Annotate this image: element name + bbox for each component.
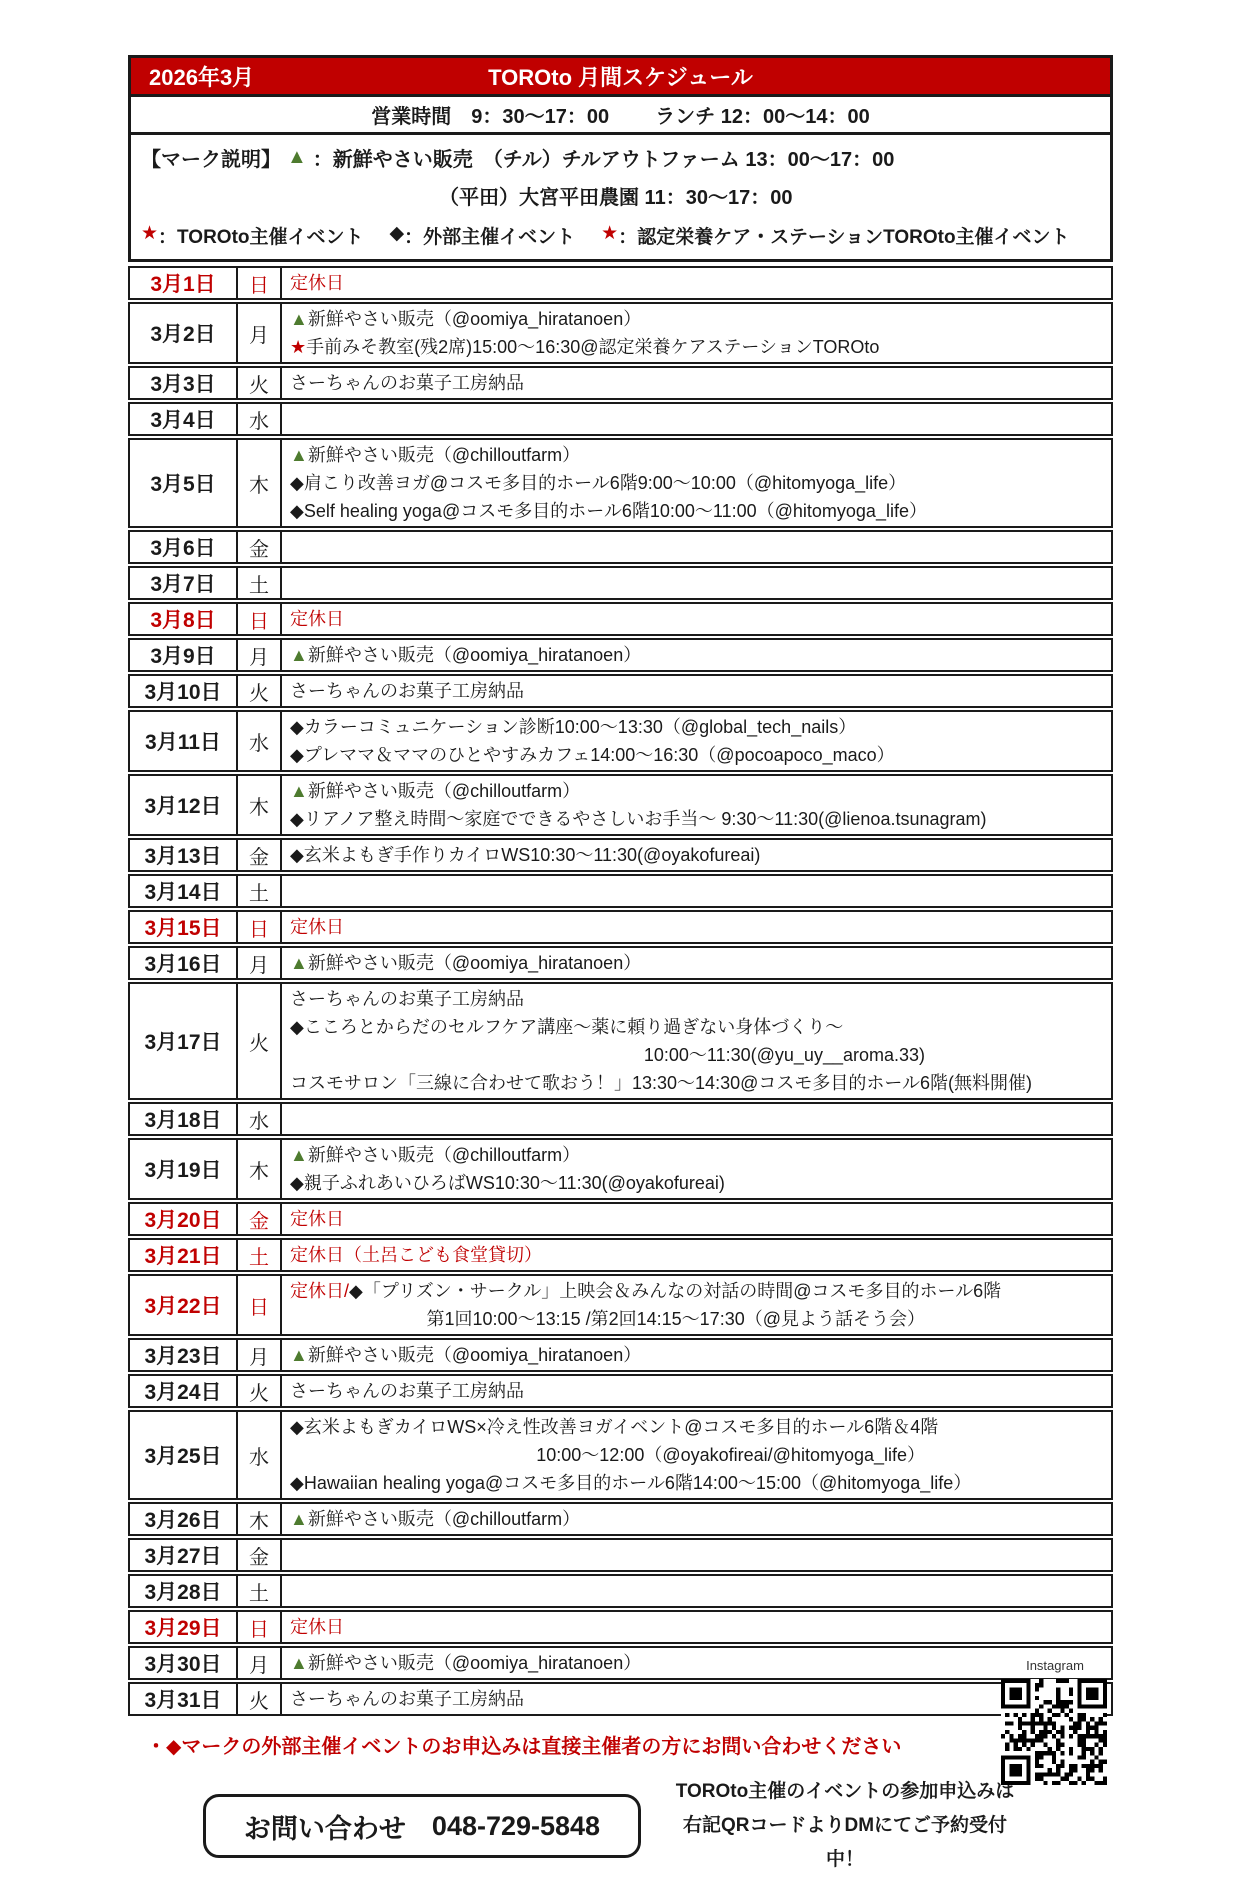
events-cell: ▲新鮮やさい販売（@oomiya_hiratanoen） — [282, 1340, 1111, 1370]
legend-line-1: 【マーク説明】 ▲ ：新鮮やさい販売 （チル）チルアウトファーム 13：00～1… — [141, 143, 1100, 172]
event-line: 定休日（土呂こども食堂貸切） — [290, 1241, 1103, 1269]
booking-line-1: TOROto主催のイベントの参加申込みは — [675, 1775, 1015, 1809]
event-line — [290, 533, 1103, 561]
table-row: 3月3日火さーちゃんのお菓子工房納品 — [128, 366, 1113, 400]
events-cell: ▲新鮮やさい販売（@chilloutfarm）◆肩こり改善ヨガ@コスモ多目的ホー… — [282, 440, 1111, 526]
vegetable-triangle-icon: ▲ — [290, 1653, 308, 1673]
table-row: 3月25日水◆玄米よもぎカイロWS×冷え性改善ヨガイベント@コスモ多目的ホール6… — [128, 1410, 1113, 1500]
weekday-cell: 月 — [238, 1648, 282, 1678]
date-cell: 3月23日 — [130, 1340, 238, 1370]
event-text: 第1回10:00～13:15 /第2回14:15～17:30（@見よう話そう会） — [427, 1309, 925, 1329]
event-line — [290, 1577, 1103, 1605]
table-row: 3月1日日定休日 — [128, 266, 1113, 300]
event-text: さーちゃんのお菓子工房納品 — [290, 373, 524, 393]
booking-line-2: 右記QRコードよりDMにてご予約受付中！ — [675, 1809, 1015, 1877]
date-cell: 3月22日 — [130, 1276, 238, 1334]
events-cell: ◆カラーコミュニケーション診断10:00～13:30（@global_tech_… — [282, 712, 1111, 770]
weekday-cell: 水 — [238, 712, 282, 770]
event-text: 手前みそ教室(残2席)15:00～16:30@認定栄養ケアステーションTOROt… — [306, 337, 879, 357]
schedule-sheet: 2026年3月 TOROto 月間スケジュール 営業時間 9：30～17：00 … — [128, 55, 1113, 1877]
event-line: 定休日 — [290, 913, 1103, 941]
event-text: 新鮮やさい販売（@oomiya_hiratanoen） — [308, 953, 641, 973]
event-line: 定休日 — [290, 1613, 1103, 1641]
event-text: さーちゃんのお菓子工房納品 — [290, 989, 524, 1009]
event-text: 定休日/ — [290, 1281, 349, 1301]
event-text: さーちゃんのお菓子工房納品 — [290, 1381, 524, 1401]
events-cell — [282, 1576, 1111, 1606]
weekday-cell: 水 — [238, 404, 282, 434]
legend-line-2: （平田）大宮平田農園 11：30～17：00 — [141, 181, 1100, 210]
date-cell: 3月31日 — [130, 1684, 238, 1714]
date-cell: 3月14日 — [130, 876, 238, 906]
events-cell: さーちゃんのお菓子工房納品◆こころとからだのセルフケア講座～薬に頼り過ぎない身体… — [282, 984, 1111, 1098]
weekday-cell: 金 — [238, 532, 282, 562]
event-text: ◆Self healing yoga@コスモ多目的ホール6階10:00～11:0… — [290, 501, 927, 521]
table-row: 3月13日金◆玄米よもぎ手作りカイロWS10:30～11:30(@oyakofu… — [128, 838, 1113, 872]
date-cell: 3月25日 — [130, 1412, 238, 1498]
event-text: 10:00～12:00（@oyakofireai/@hitomyoga_life… — [536, 1445, 925, 1465]
date-cell: 3月27日 — [130, 1540, 238, 1570]
lunch-text: ランチ 12：00～14：00 — [655, 100, 870, 129]
event-line — [290, 405, 1103, 433]
events-cell: さーちゃんのお菓子工房納品 — [282, 676, 1111, 706]
legend-triangle-text: ：新鮮やさい販売 （チル）チルアウトファーム 13：00～17：00 — [313, 143, 895, 172]
date-cell: 3月6日 — [130, 532, 238, 562]
event-text: ◆玄米よもぎ手作りカイロWS10:30～11:30(@oyakofureai) — [290, 845, 760, 865]
weekday-cell: 月 — [238, 640, 282, 670]
legend-box: 【マーク説明】 ▲ ：新鮮やさい販売 （チル）チルアウトファーム 13：00～1… — [128, 135, 1113, 262]
legend-external-event: ◆：外部主催イベント — [390, 222, 576, 249]
events-cell: 定休日 — [282, 268, 1111, 298]
weekday-cell: 日 — [238, 1612, 282, 1642]
star-icon: ★ — [601, 222, 618, 249]
contact-label: お問い合わせ — [244, 1807, 406, 1846]
event-text: ◆肩こり改善ヨガ@コスモ多目的ホール6階9:00～10:00（@hitomyog… — [290, 473, 906, 493]
date-cell: 3月5日 — [130, 440, 238, 526]
vegetable-triangle-icon: ▲ — [290, 1345, 308, 1365]
external-event-note: ・◆マークの外部主催イベントのお申込みは直接主催者の方にお問い合わせください — [146, 1730, 1113, 1759]
table-row: 3月28日土 — [128, 1574, 1113, 1608]
weekday-cell: 金 — [238, 840, 282, 870]
footer-row: お問い合わせ 048-729-5848 TOROto主催のイベントの参加申込みは… — [203, 1775, 1113, 1877]
table-row: 3月26日木▲新鮮やさい販売（@chilloutfarm） — [128, 1502, 1113, 1536]
table-row: 3月10日火さーちゃんのお菓子工房納品 — [128, 674, 1113, 708]
event-line — [290, 877, 1103, 905]
business-hours-bar: 営業時間 9：30～17：00 ランチ 12：00～14：00 — [128, 97, 1113, 135]
vegetable-triangle-icon: ▲ — [290, 1145, 308, 1165]
event-text: 定休日 — [290, 917, 344, 937]
weekday-cell: 火 — [238, 984, 282, 1098]
events-cell: ◆玄米よもぎカイロWS×冷え性改善ヨガイベント@コスモ多目的ホール6階＆4階10… — [282, 1412, 1111, 1498]
weekday-cell: 火 — [238, 1376, 282, 1406]
weekday-cell: 火 — [238, 676, 282, 706]
event-line: ★手前みそ教室(残2席)15:00～16:30@認定栄養ケアステーションTORO… — [290, 333, 1103, 361]
event-line: 定休日 — [290, 1205, 1103, 1233]
event-text: 新鮮やさい販売（@chilloutfarm） — [308, 445, 580, 465]
schedule-page: { "header": { "month": "2026年3月", "title… — [0, 0, 1241, 1755]
event-text: 新鮮やさい販売（@chilloutfarm） — [308, 781, 580, 801]
events-cell: さーちゃんのお菓子工房納品 — [282, 1684, 1111, 1714]
event-line: ◆親子ふれあいひろばWS10:30～11:30(@oyakofureai) — [290, 1169, 1103, 1197]
event-line: さーちゃんのお菓子工房納品 — [290, 369, 1103, 397]
table-row: 3月29日日定休日 — [128, 1610, 1113, 1644]
events-cell: さーちゃんのお菓子工房納品 — [282, 368, 1111, 398]
events-cell: ▲新鮮やさい販売（@chilloutfarm）◆親子ふれあいひろばWS10:30… — [282, 1140, 1111, 1198]
weekday-cell: 金 — [238, 1540, 282, 1570]
events-cell: ▲新鮮やさい販売（@oomiya_hiratanoen）★手前みそ教室(残2席)… — [282, 304, 1111, 362]
events-cell — [282, 1104, 1111, 1134]
weekday-cell: 土 — [238, 876, 282, 906]
title-bar: 2026年3月 TOROto 月間スケジュール — [128, 55, 1113, 97]
events-cell: ▲新鮮やさい販売（@chilloutfarm）◆リアノア整え時間～家庭でできるや… — [282, 776, 1111, 834]
event-line: ▲新鮮やさい販売（@oomiya_hiratanoen） — [290, 1341, 1103, 1369]
table-row: 3月16日月▲新鮮やさい販売（@oomiya_hiratanoen） — [128, 946, 1113, 980]
event-text: ◆「プリズン・サークル」上映会＆みんなの対話の時間@コスモ多目的ホール6階 — [349, 1281, 1001, 1301]
table-row: 3月30日月▲新鮮やさい販売（@oomiya_hiratanoen） — [128, 1646, 1113, 1680]
event-line: 10:00～12:00（@oyakofireai/@hitomyoga_life… — [290, 1441, 1103, 1469]
instagram-qr-block: Instagram — [1001, 1658, 1109, 1787]
date-cell: 3月4日 — [130, 404, 238, 434]
date-cell: 3月18日 — [130, 1104, 238, 1134]
event-line: さーちゃんのお菓子工房納品 — [290, 1685, 1103, 1713]
event-text: 10:00～11:30(@yu_uy__aroma.33) — [644, 1045, 925, 1065]
event-line: ◆リアノア整え時間～家庭でできるやさしいお手当～ 9:30～11:30(@lie… — [290, 805, 1103, 833]
date-cell: 3月7日 — [130, 568, 238, 598]
event-line: ▲新鮮やさい販売（@chilloutfarm） — [290, 441, 1103, 469]
event-line: 10:00～11:30(@yu_uy__aroma.33) — [290, 1041, 1103, 1069]
event-line: ◆Self healing yoga@コスモ多目的ホール6階10:00～11:0… — [290, 497, 1103, 525]
table-row: 3月15日日定休日 — [128, 910, 1113, 944]
vegetable-triangle-icon: ▲ — [290, 1509, 308, 1529]
event-text: 新鮮やさい販売（@oomiya_hiratanoen） — [308, 309, 641, 329]
table-row: 3月2日月▲新鮮やさい販売（@oomiya_hiratanoen）★手前みそ教室… — [128, 302, 1113, 364]
event-line: ◆玄米よもぎカイロWS×冷え性改善ヨガイベント@コスモ多目的ホール6階＆4階 — [290, 1413, 1103, 1441]
date-cell: 3月24日 — [130, 1376, 238, 1406]
events-cell: ▲新鮮やさい販売（@oomiya_hiratanoen） — [282, 640, 1111, 670]
events-cell — [282, 404, 1111, 434]
date-cell: 3月26日 — [130, 1504, 238, 1534]
vegetable-triangle-icon: ▲ — [290, 953, 308, 973]
event-line: ◆Hawaiian healing yoga@コスモ多目的ホール6階14:00～… — [290, 1469, 1103, 1497]
events-cell — [282, 1540, 1111, 1570]
table-row: 3月19日木▲新鮮やさい販売（@chilloutfarm）◆親子ふれあいひろばW… — [128, 1138, 1113, 1200]
table-row: 3月8日日定休日 — [128, 602, 1113, 636]
legend-prefix: 【マーク説明】 — [141, 143, 281, 172]
vegetable-triangle-icon: ▲ — [290, 781, 308, 801]
table-row: 3月20日金定休日 — [128, 1202, 1113, 1236]
event-line: ◆玄米よもぎ手作りカイロWS10:30～11:30(@oyakofureai) — [290, 841, 1103, 869]
star-icon: ★ — [141, 222, 158, 249]
weekday-cell: 月 — [238, 1340, 282, 1370]
event-line: さーちゃんのお菓子工房納品 — [290, 985, 1103, 1013]
date-cell: 3月1日 — [130, 268, 238, 298]
legend-line-3: ★：TOROto主催イベント ◆：外部主催イベント ★：認定栄養ケア・ステーショ… — [141, 222, 1100, 249]
events-cell: ▲新鮮やさい販売（@oomiya_hiratanoen） — [282, 1648, 1111, 1678]
weekday-cell: 木 — [238, 1504, 282, 1534]
vegetable-triangle-icon: ▲ — [290, 445, 308, 465]
event-line: ▲新鮮やさい販売（@oomiya_hiratanoen） — [290, 1649, 1103, 1677]
event-line: ▲新鮮やさい販売（@oomiya_hiratanoen） — [290, 949, 1103, 977]
weekday-cell: 月 — [238, 304, 282, 362]
event-line: 第1回10:00～13:15 /第2回14:15～17:30（@見よう話そう会） — [290, 1305, 1103, 1333]
event-text: ◆カラーコミュニケーション診断10:00～13:30（@global_tech_… — [290, 717, 856, 737]
event-text: ◆こころとからだのセルフケア講座～薬に頼り過ぎない身体づくり～ — [290, 1017, 843, 1037]
table-row: 3月9日月▲新鮮やさい販売（@oomiya_hiratanoen） — [128, 638, 1113, 672]
vegetable-triangle-icon: ▲ — [287, 146, 307, 169]
table-row: 3月23日月▲新鮮やさい販売（@oomiya_hiratanoen） — [128, 1338, 1113, 1372]
weekday-cell: 火 — [238, 1684, 282, 1714]
event-text: コスモサロン「三線に合わせて歌おう！」13:30～14:30@コスモ多目的ホール… — [290, 1073, 1032, 1093]
date-cell: 3月21日 — [130, 1240, 238, 1270]
event-line: ▲新鮮やさい販売（@chilloutfarm） — [290, 1505, 1103, 1533]
date-cell: 3月10日 — [130, 676, 238, 706]
event-text: 定休日（土呂こども食堂貸切） — [290, 1245, 542, 1265]
date-cell: 3月11日 — [130, 712, 238, 770]
events-cell — [282, 876, 1111, 906]
event-text: 定休日 — [290, 1617, 344, 1637]
hours-text: 営業時間 9：30～17：00 — [371, 100, 609, 129]
table-row: 3月4日水 — [128, 402, 1113, 436]
instagram-caption: Instagram — [1001, 1658, 1109, 1673]
weekday-cell: 日 — [238, 604, 282, 634]
event-line: 定休日 — [290, 269, 1103, 297]
star-icon: ★ — [290, 337, 306, 357]
events-cell: ▲新鮮やさい販売（@oomiya_hiratanoen） — [282, 948, 1111, 978]
date-cell: 3月20日 — [130, 1204, 238, 1234]
weekday-cell: 日 — [238, 912, 282, 942]
event-text: 定休日 — [290, 273, 344, 293]
event-line: コスモサロン「三線に合わせて歌おう！」13:30～14:30@コスモ多目的ホール… — [290, 1069, 1103, 1097]
table-row: 3月7日土 — [128, 566, 1113, 600]
diamond-icon: ◆ — [390, 222, 405, 249]
event-line: さーちゃんのお菓子工房納品 — [290, 677, 1103, 705]
phone-number: 048-729-5848 — [432, 1811, 600, 1842]
weekday-cell: 水 — [238, 1412, 282, 1498]
event-line: ▲新鮮やさい販売（@chilloutfarm） — [290, 777, 1103, 805]
date-cell: 3月19日 — [130, 1140, 238, 1198]
events-cell: 定休日/◆「プリズン・サークル」上映会＆みんなの対話の時間@コスモ多目的ホール6… — [282, 1276, 1111, 1334]
event-text: ◆玄米よもぎカイロWS×冷え性改善ヨガイベント@コスモ多目的ホール6階＆4階 — [290, 1417, 938, 1437]
event-line: ▲新鮮やさい販売（@chilloutfarm） — [290, 1141, 1103, 1169]
events-cell — [282, 532, 1111, 562]
events-cell: 定休日（土呂こども食堂貸切） — [282, 1240, 1111, 1270]
date-cell: 3月3日 — [130, 368, 238, 398]
footer: ・◆マークの外部主催イベントのお申込みは直接主催者の方にお問い合わせください お… — [128, 1730, 1113, 1877]
event-text: 新鮮やさい販売（@chilloutfarm） — [308, 1145, 580, 1165]
event-line: 定休日/◆「プリズン・サークル」上映会＆みんなの対話の時間@コスモ多目的ホール6… — [290, 1277, 1103, 1305]
event-text: ◆親子ふれあいひろばWS10:30～11:30(@oyakofureai) — [290, 1173, 725, 1193]
weekday-cell: 土 — [238, 1240, 282, 1270]
event-line: ◆プレママ＆ママのひとやすみカフェ14:00～16:30（@pocoapoco_… — [290, 741, 1103, 769]
weekday-cell: 火 — [238, 368, 282, 398]
date-cell: 3月2日 — [130, 304, 238, 362]
weekday-cell: 水 — [238, 1104, 282, 1134]
date-cell: 3月17日 — [130, 984, 238, 1098]
weekday-cell: 日 — [238, 268, 282, 298]
event-line: ▲新鮮やさい販売（@oomiya_hiratanoen） — [290, 305, 1103, 333]
date-cell: 3月9日 — [130, 640, 238, 670]
event-line: さーちゃんのお菓子工房納品 — [290, 1377, 1103, 1405]
events-cell — [282, 568, 1111, 598]
date-cell: 3月15日 — [130, 912, 238, 942]
table-row: 3月11日水◆カラーコミュニケーション診断10:00～13:30（@global… — [128, 710, 1113, 772]
event-text: 定休日 — [290, 609, 344, 629]
table-row: 3月21日土定休日（土呂こども食堂貸切） — [128, 1238, 1113, 1272]
date-cell: 3月8日 — [130, 604, 238, 634]
event-line: ◆こころとからだのセルフケア講座～薬に頼り過ぎない身体づくり～ — [290, 1013, 1103, 1041]
table-row: 3月22日日定休日/◆「プリズン・サークル」上映会＆みんなの対話の時間@コスモ多… — [128, 1274, 1113, 1336]
events-cell: ◆玄米よもぎ手作りカイロWS10:30～11:30(@oyakofureai) — [282, 840, 1111, 870]
date-cell: 3月30日 — [130, 1648, 238, 1678]
event-line: ◆肩こり改善ヨガ@コスモ多目的ホール6階9:00～10:00（@hitomyog… — [290, 469, 1103, 497]
table-row: 3月12日木▲新鮮やさい販売（@chilloutfarm）◆リアノア整え時間～家… — [128, 774, 1113, 836]
event-text: 新鮮やさい販売（@chilloutfarm） — [308, 1509, 580, 1529]
events-cell: さーちゃんのお菓子工房納品 — [282, 1376, 1111, 1406]
weekday-cell: 土 — [238, 1576, 282, 1606]
event-text: ◆プレママ＆ママのひとやすみカフェ14:00～16:30（@pocoapoco_… — [290, 745, 895, 765]
date-cell: 3月12日 — [130, 776, 238, 834]
event-line: 定休日 — [290, 605, 1103, 633]
table-row: 3月31日火さーちゃんのお菓子工房納品 — [128, 1682, 1113, 1716]
legend-carestation-event: ★：認定栄養ケア・ステーションTOROto主催イベント — [601, 222, 1069, 249]
table-row: 3月17日火さーちゃんのお菓子工房納品◆こころとからだのセルフケア講座～薬に頼り… — [128, 982, 1113, 1100]
instagram-qr-code — [1001, 1677, 1107, 1787]
table-row: 3月6日金 — [128, 530, 1113, 564]
weekday-cell: 日 — [238, 1276, 282, 1334]
event-line — [290, 569, 1103, 597]
event-line: ◆カラーコミュニケーション診断10:00～13:30（@global_tech_… — [290, 713, 1103, 741]
event-text: ◆リアノア整え時間～家庭でできるやさしいお手当～ 9:30～11:30(@lie… — [290, 809, 987, 829]
weekday-cell: 土 — [238, 568, 282, 598]
event-line: ▲新鮮やさい販売（@oomiya_hiratanoen） — [290, 641, 1103, 669]
weekday-cell: 木 — [238, 440, 282, 526]
weekday-cell: 月 — [238, 948, 282, 978]
contact-box: お問い合わせ 048-729-5848 — [203, 1794, 641, 1858]
event-text: 定休日 — [290, 1209, 344, 1229]
table-row: 3月27日金 — [128, 1538, 1113, 1572]
weekday-cell: 金 — [238, 1204, 282, 1234]
booking-info: TOROto主催のイベントの参加申込みは 右記QRコードよりDMにてご予約受付中… — [675, 1775, 1015, 1877]
event-text: さーちゃんのお菓子工房納品 — [290, 1689, 524, 1709]
events-cell: 定休日 — [282, 1204, 1111, 1234]
weekday-cell: 木 — [238, 776, 282, 834]
event-text: 新鮮やさい販売（@oomiya_hiratanoen） — [308, 1345, 641, 1365]
page-title: TOROto 月間スケジュール — [131, 61, 1110, 92]
event-text: 新鮮やさい販売（@oomiya_hiratanoen） — [308, 645, 641, 665]
event-text: 新鮮やさい販売（@oomiya_hiratanoen） — [308, 1653, 641, 1673]
month-label: 2026年3月 — [149, 61, 254, 92]
calendar-table: 3月1日日定休日3月2日月▲新鮮やさい販売（@oomiya_hiratanoen… — [128, 266, 1113, 1716]
events-cell: 定休日 — [282, 912, 1111, 942]
table-row: 3月5日木▲新鮮やさい販売（@chilloutfarm）◆肩こり改善ヨガ@コスモ… — [128, 438, 1113, 528]
vegetable-triangle-icon: ▲ — [290, 309, 308, 329]
events-cell: 定休日 — [282, 1612, 1111, 1642]
table-row: 3月24日火さーちゃんのお菓子工房納品 — [128, 1374, 1113, 1408]
date-cell: 3月16日 — [130, 948, 238, 978]
weekday-cell: 木 — [238, 1140, 282, 1198]
event-text: さーちゃんのお菓子工房納品 — [290, 681, 524, 701]
table-row: 3月18日水 — [128, 1102, 1113, 1136]
event-text: ◆Hawaiian healing yoga@コスモ多目的ホール6階14:00～… — [290, 1473, 971, 1493]
vegetable-triangle-icon: ▲ — [290, 645, 308, 665]
date-cell: 3月28日 — [130, 1576, 238, 1606]
date-cell: 3月29日 — [130, 1612, 238, 1642]
date-cell: 3月13日 — [130, 840, 238, 870]
legend-toroto-event: ★：TOROto主催イベント — [141, 222, 364, 249]
event-line — [290, 1105, 1103, 1133]
events-cell: 定休日 — [282, 604, 1111, 634]
table-row: 3月14日土 — [128, 874, 1113, 908]
events-cell: ▲新鮮やさい販売（@chilloutfarm） — [282, 1504, 1111, 1534]
event-line — [290, 1541, 1103, 1569]
